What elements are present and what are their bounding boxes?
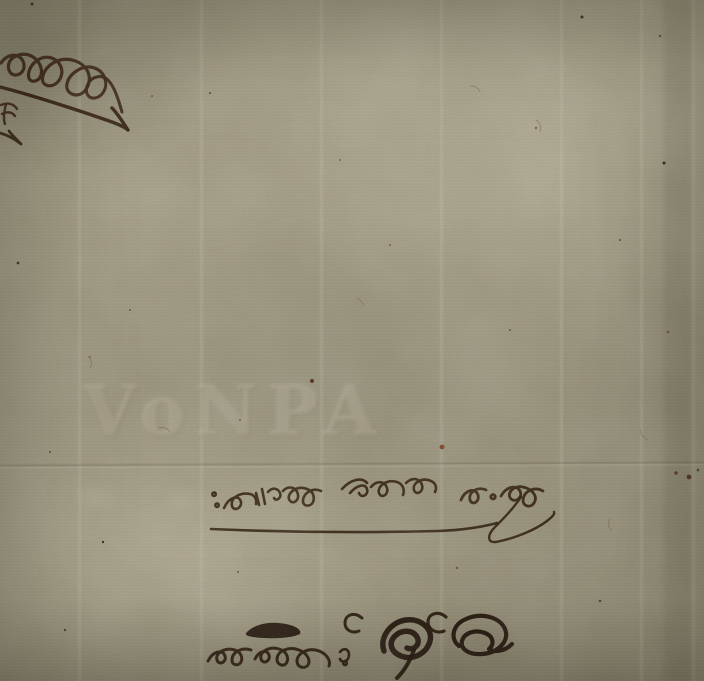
manuscript-photo: VoNPA	[0, 0, 704, 681]
grain-texture-rect	[0, 0, 704, 681]
paper-grain-texture	[0, 0, 704, 681]
